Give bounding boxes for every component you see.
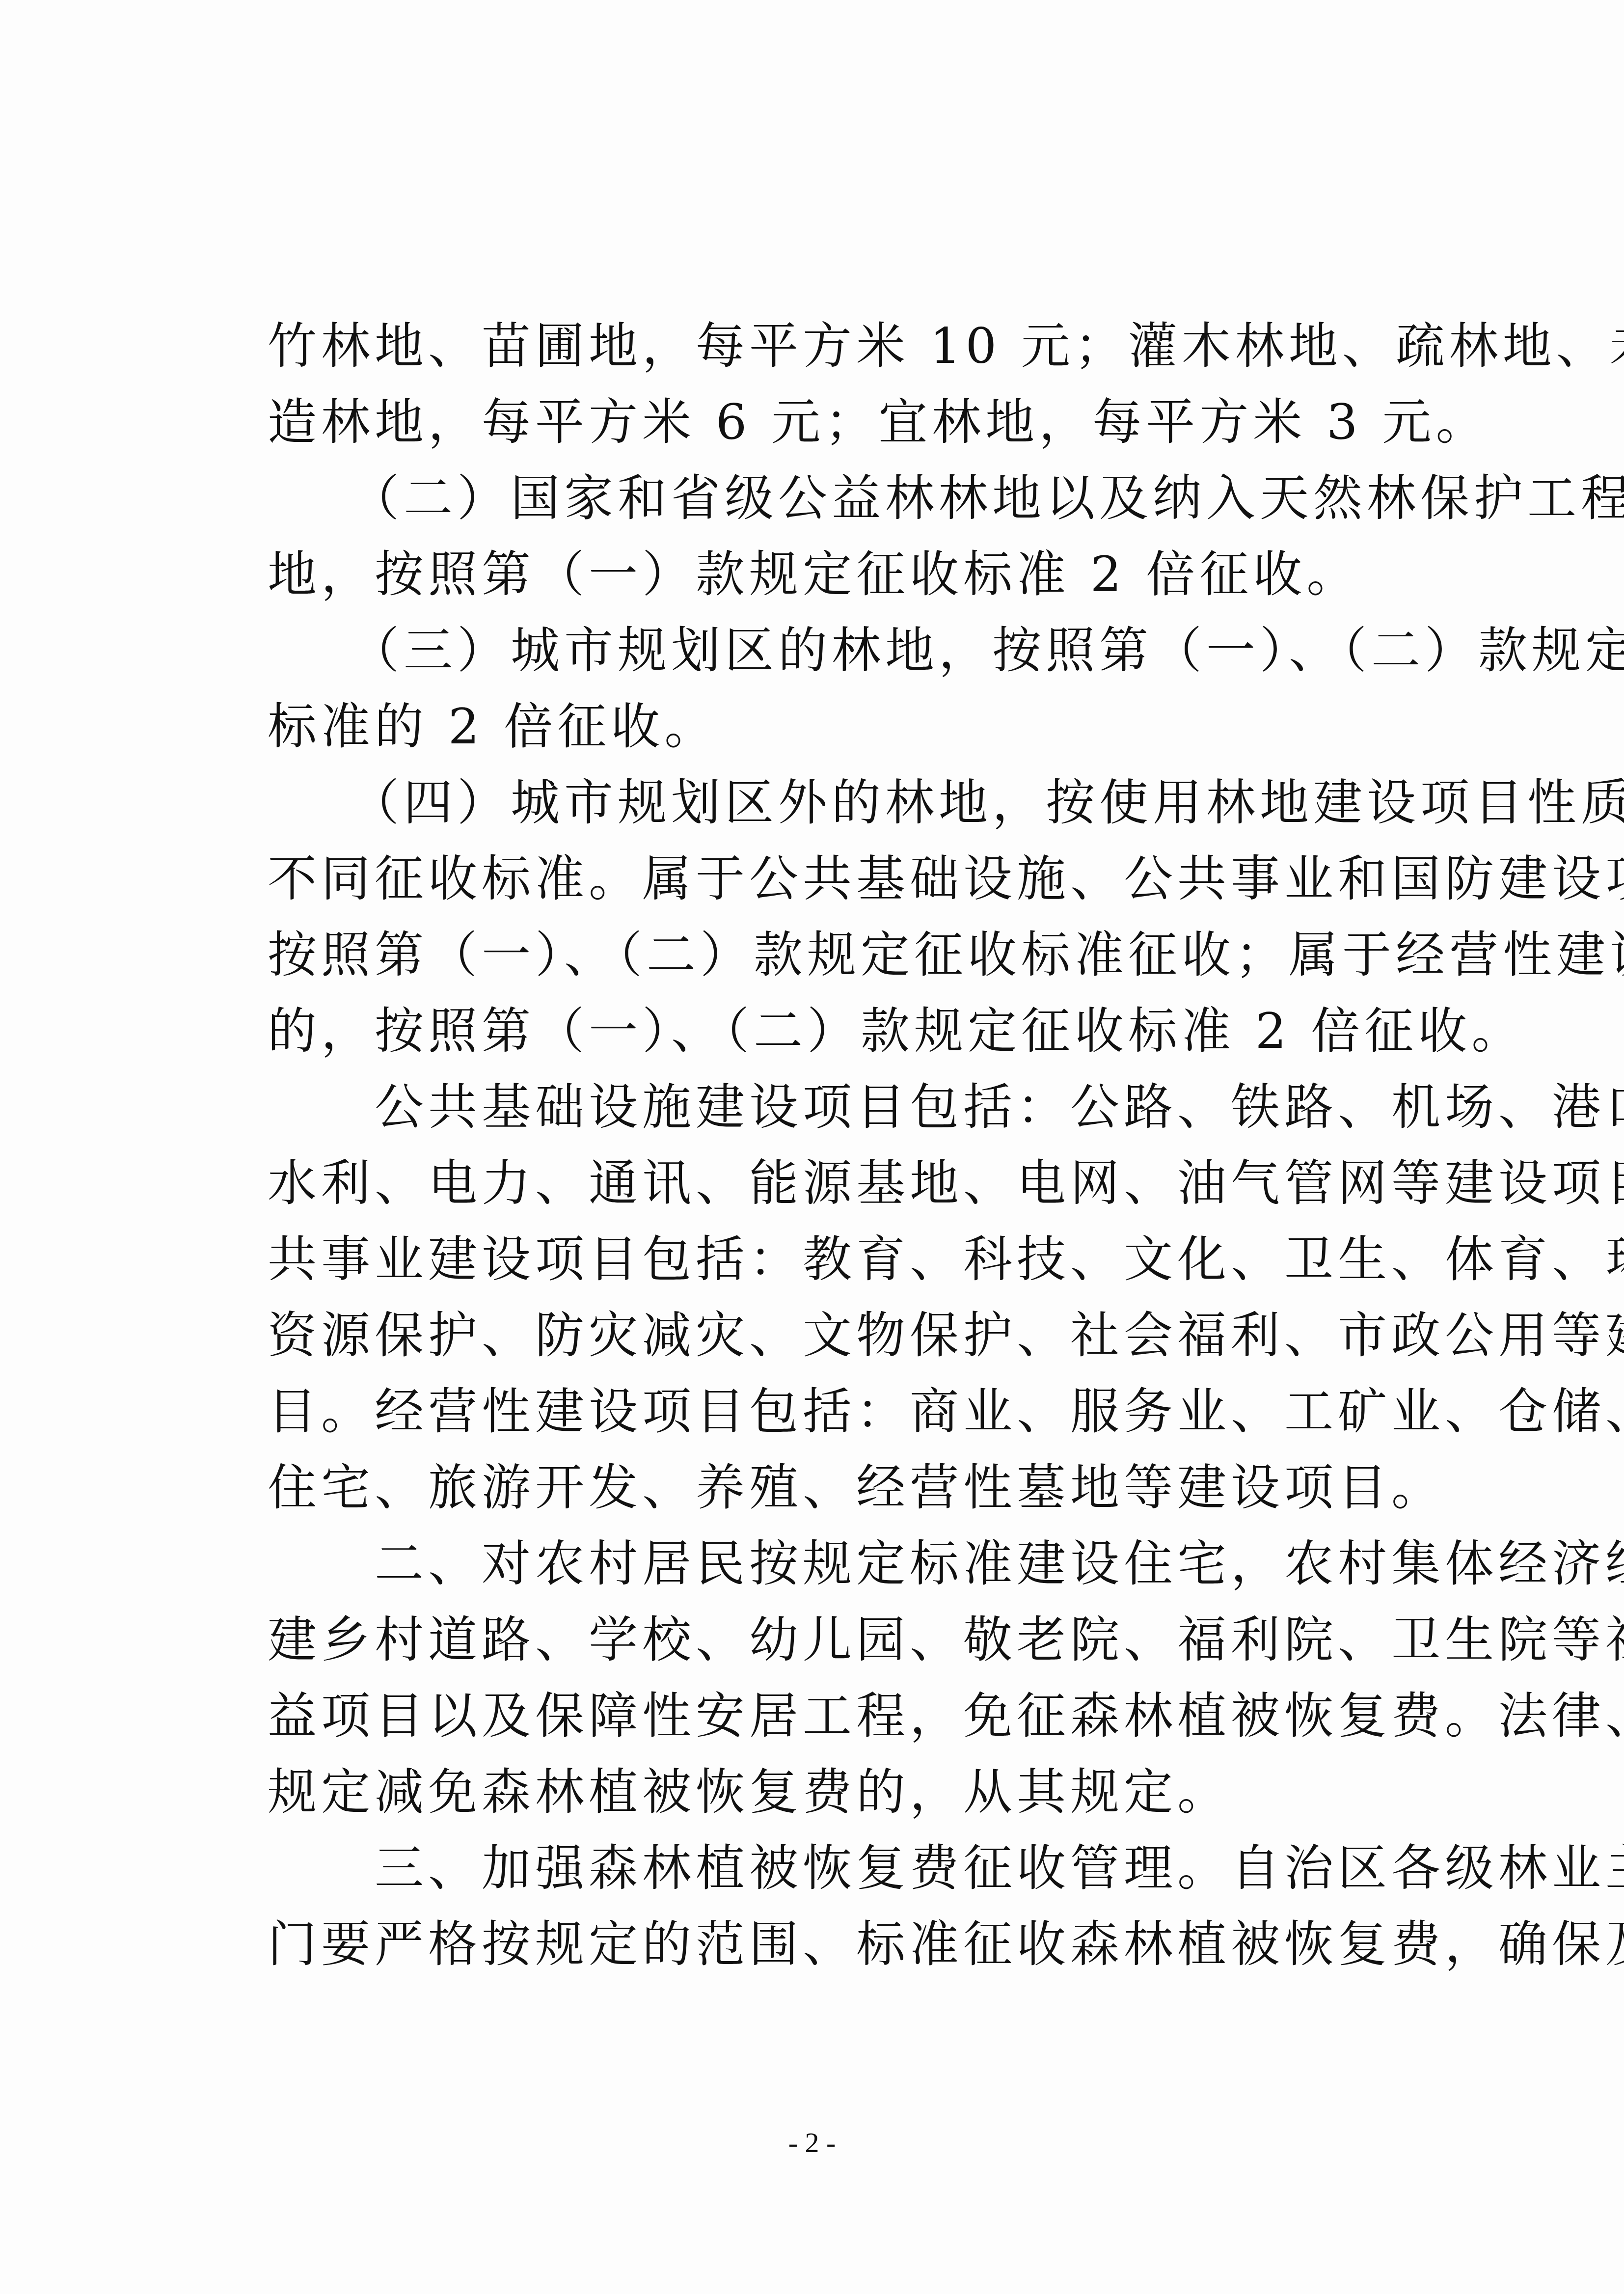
text-line: 标准的 2 倍征收。	[268, 697, 1461, 756]
text-line: （四）城市规划区外的林地，按使用林地建设项目性质实行	[268, 773, 1461, 832]
text-line: 目。经营性建设项目包括：商业、服务业、工矿业、仓储、城镇	[268, 1382, 1461, 1441]
text-line: 按照第（一）、（二）款规定征收标准征收；属于经营性建设项目	[268, 926, 1461, 984]
text-line: 地，按照第（一）款规定征收标准 2 倍征收。	[268, 545, 1461, 604]
text-line: 建乡村道路、学校、幼儿园、敬老院、福利院、卫生院等社会公	[268, 1611, 1461, 1669]
text-line: 门要严格按规定的范围、标准征收森林植被恢复费，确保及时、	[268, 1915, 1461, 1974]
text-line: 水利、电力、通讯、能源基地、电网、油气管网等建设项目。公	[268, 1154, 1461, 1213]
page-number: - 2 -	[0, 2126, 1624, 2159]
text-line: 规定减免森林植被恢复费的，从其规定。	[268, 1763, 1461, 1822]
text-line: 资源保护、防灾减灾、文物保护、社会福利、市政公用等建设项	[268, 1306, 1461, 1365]
document-page: 竹林地、苗圃地，每平方米 10 元；灌木林地、疏林地、未成林造林地，每平方米 6…	[0, 0, 1624, 2294]
text-line: 造林地，每平方米 6 元；宜林地，每平方米 3 元。	[268, 393, 1461, 452]
text-line: 的，按照第（一）、（二）款规定征收标准 2 倍征收。	[268, 1002, 1461, 1061]
text-line: 二、对农村居民按规定标准建设住宅，农村集体经济组织修	[268, 1534, 1461, 1593]
text-line: （二）国家和省级公益林林地以及纳入天然林保护工程的林	[268, 469, 1461, 528]
text-line: 住宅、旅游开发、养殖、经营性墓地等建设项目。	[268, 1458, 1461, 1517]
text-line: 不同征收标准。属于公共基础设施、公共事业和国防建设项目的，	[268, 849, 1461, 908]
text-line: 公共基础设施建设项目包括：公路、铁路、机场、港口码头、	[268, 1078, 1461, 1137]
text-line: 三、加强森林植被恢复费征收管理。自治区各级林业主管部	[268, 1839, 1461, 1898]
text-line: 竹林地、苗圃地，每平方米 10 元；灌木林地、疏林地、未成林	[268, 317, 1461, 376]
text-line: 益项目以及保障性安居工程，免征森林植被恢复费。法律、法规	[268, 1687, 1461, 1746]
text-line: 共事业建设项目包括：教育、科技、文化、卫生、体育、环境和	[268, 1230, 1461, 1289]
text-line: （三）城市规划区的林地，按照第（一）、（二）款规定征收	[268, 621, 1461, 680]
